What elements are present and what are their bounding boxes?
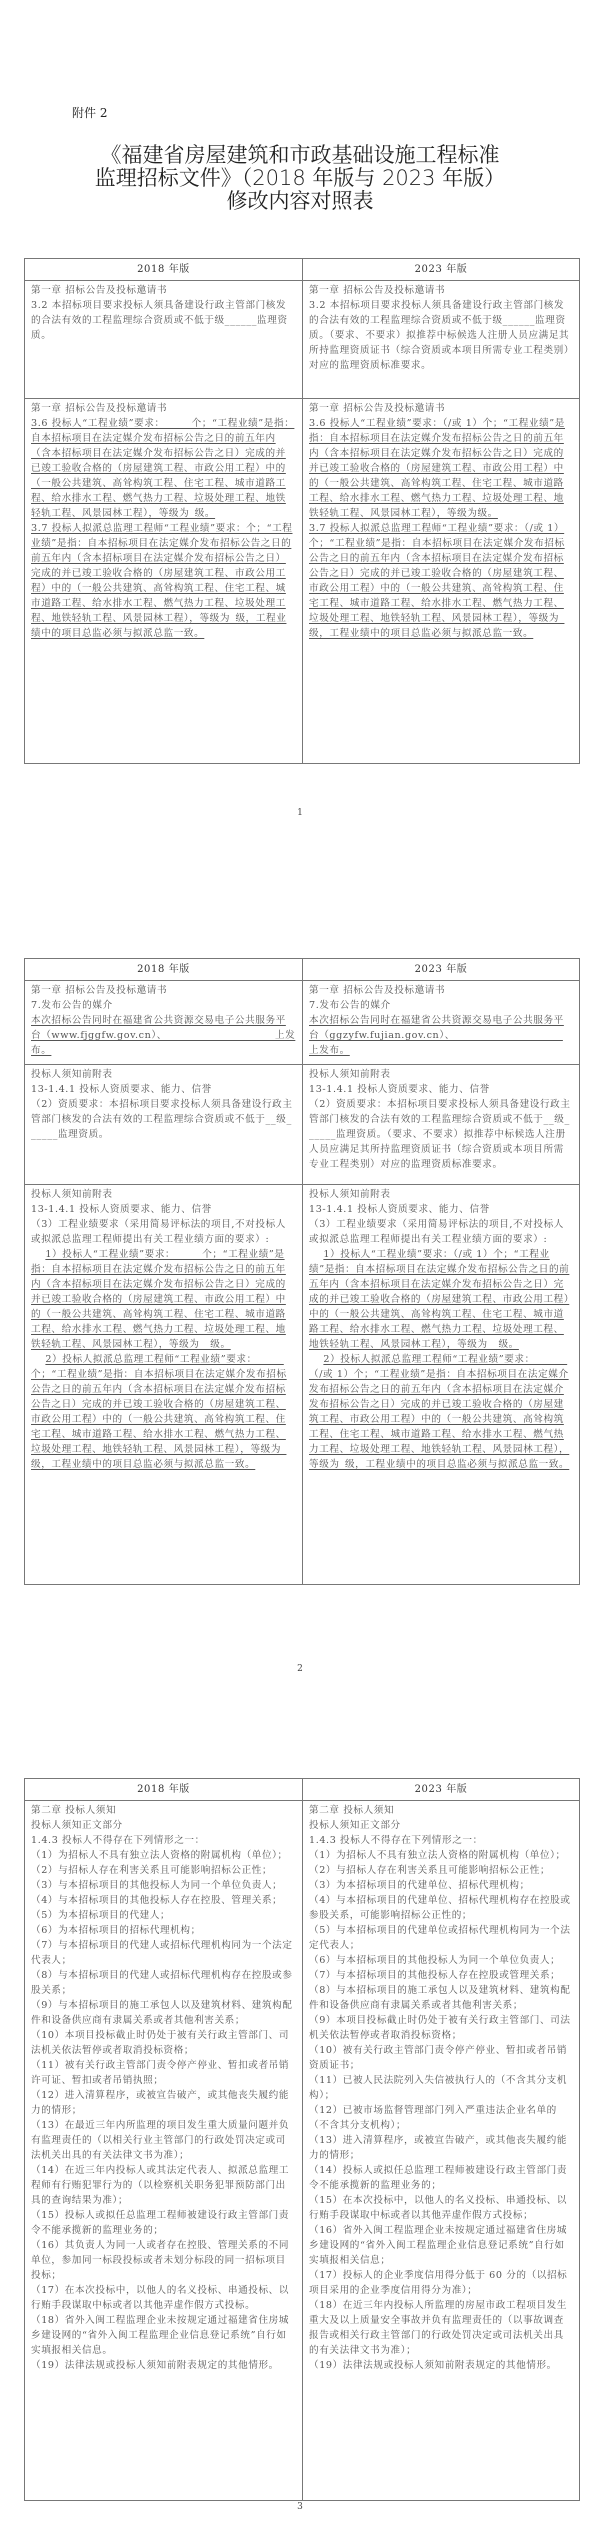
cell-2018: 第一章 招标公告及投标邀请书 3.2 本招标项目要求投标人须具备建设行政主管部门… [25,281,303,399]
list-item: （15）投标人或拟任总监理工程师被建设行政主管部门责令不能承揽新的监理业务的； [31,2208,296,2238]
section-heading: 第一章 招标公告及投标邀请书 [31,283,296,298]
comparison-table-page-1: 2018 年版 2023 年版 第一章 招标公告及投标邀请书 3.2 本招标项目… [24,258,580,764]
section-heading: 第一章 招标公告及投标邀请书 [31,401,296,416]
comparison-table-page-3: 2018 年版 2023 年版 第二章 投标人须知 投标人须知正文部分 1.4.… [24,1778,580,2501]
table-header-row: 2018 年版 2023 年版 [25,259,580,281]
clause-text: 3.2 本招标项目要求投标人须具备建设行政主管部门核发的合法有效的工程监理综合资… [31,298,296,343]
list-item: （13）在最近三年内所监理的项目发生重大质量问题并负有监理责任的（以相关行业主管… [31,2118,296,2163]
list-item: （19）法律法规或投标人须知前附表规定的其他情形。 [309,2358,573,2373]
header-2018: 2018 年版 [25,959,303,981]
page-number: 1 [0,808,600,818]
clause-text: （2）资质要求：本招标项目要求投标人须具备建设行政主管部门核发的合法有效的工程监… [309,1097,573,1172]
table-row: 第一章 招标公告及投标邀请书 3.6 投标人“工程业绩”要求：_____个；“工… [25,399,580,764]
clause-text: 2）投标人拟派总监理工程师“工程业绩”要求：______（/或 1）个；“工程业… [309,1352,573,1472]
clause-text: （2）资质要求：本招标项目要求投标人须具备建设行政主管部门核发的合法有效的工程监… [31,1097,296,1142]
list-item: （10）本项目投标截止时仍处于被有关行政主管部门、司法机关依法暂停或者取消投标资… [31,2028,296,2058]
clause-text: 本次招标公告同时在福建省公共资源交易电子公共服务平台（ggzyfw.fujian… [309,1013,573,1058]
list-item: （14）投标人或拟任总监理工程师被建设行政主管部门责令不能承揽新的监理业务的； [309,2163,573,2193]
clause-title: 13-1.4.1 投标人资质要求、能力、信誉 [31,1082,296,1097]
section-heading: 第一章 招标公告及投标邀请书 [309,401,573,416]
cell-2023: 第二章 投标人须知 投标人须知正文部分 1.4.3 投标人不得存在下列情形之一：… [303,1801,580,2501]
list-item: （19）法律法规或投标人须知前附表规定的其他情形。 [31,2358,296,2373]
clause-title: 7.发布公告的媒介 [309,998,573,1013]
section-heading: 第二章 投标人须知 [31,1803,296,1818]
list-item: （11）被有关行政主管部门责令停产停业、暂扣或者吊销许可证、暂扣或者吊销执照； [31,2058,296,2088]
list-item: （9）本项目投标截止时仍处于被有关行政主管部门、司法机关依法暂停或者取消投标资格… [309,2013,573,2043]
list-item: （5）与本招标项目的代建单位或招标代理机构同为一个法定代表人； [309,1923,573,1953]
cell-2023: 第一章 招标公告及投标邀请书 3.6 投标人“工程业绩”要求：（/或 1）个；“… [303,399,580,764]
clause-text: 2）投标人拟派总监理工程师“工程业绩”要求：_____个；“工程业绩”是指：自本… [31,1352,296,1472]
cell-2023: 投标人须知前附表 13-1.4.1 投标人资质要求、能力、信誉 （2）资质要求：… [303,1065,580,1185]
table-row: 投标人须知前附表 13-1.4.1 投标人资质要求、能力、信誉 （3）工程业绩要… [25,1185,580,1585]
document-title: 《福建省房屋建筑和市政基础设施工程标准 监理招标文件》（2018 年版与 202… [0,144,600,213]
list-item: （13）进入清算程序，或被宣告破产，或其他丧失履约能力的情形； [309,2133,573,2163]
cell-2018: 第一章 招标公告及投标邀请书 7.发布公告的媒介 本次招标公告同时在福建省公共资… [25,981,303,1065]
list-item: （7）与本招标项目的代建人或招标代理机构同为一个法定代表人； [31,1938,296,1968]
cell-2023: 第一章 招标公告及投标邀请书 7.发布公告的媒介 本次招标公告同时在福建省公共资… [303,981,580,1065]
cell-2018: 投标人须知前附表 13-1.4.1 投标人资质要求、能力、信誉 （2）资质要求：… [25,1065,303,1185]
clause-text: 3.6 投标人“工程业绩”要求：（/或 1）个；“工程业绩”是指：自本招标项目在… [309,416,573,521]
list-item: （1）为招标人不具有独立法人资格的附属机构（单位）； [309,1848,573,1863]
list-item: （3）与本招标项目的其他投标人为同一个单位负责人； [31,1878,296,1893]
attachment-label: 附件 2 [72,104,107,121]
clause-text: 1）投标人“工程业绩”要求：（/或 1）个；“工程业绩”是指：自本招标项目在法定… [309,1247,573,1352]
list-item: （7）与本招标项目的其他投标人存在控股或管理关系； [309,1968,573,1983]
list-item: （1）为招标人不具有独立法人资格的附属机构（单位）； [31,1848,296,1863]
table-header-row: 2018 年版 2023 年版 [25,959,580,981]
clause-text: 3.2 本招标项目要求投标人须具备建设行政主管部门核发的合法有效的工程监理综合资… [309,298,573,373]
page-number: 3 [0,2502,600,2512]
section-heading: 第一章 招标公告及投标邀请书 [309,983,573,998]
clause-title: 1.4.3 投标人不得存在下列情形之一： [309,1833,573,1848]
list-item: （4）与本招标项目的其他投标人存在控股、管理关系； [31,1893,296,1908]
clause-title: 7.发布公告的媒介 [31,998,296,1013]
list-item: （15）在本次投标中，以他人的名义投标、串通投标、以行贿手段谋取中标或者以其他弄… [309,2193,573,2223]
section-heading: 投标人须知前附表 [309,1187,573,1202]
section-heading: 投标人须知前附表 [309,1067,573,1082]
clause-text: 3.7 投标人拟派总监理工程师“工程业绩”要求：（/或 1）个；“工程业绩”是指… [309,521,573,641]
section-heading: 投标人须知前附表 [31,1187,296,1202]
list-item: （2）与招标人存在利害关系且可能影响招标公正性； [309,1863,573,1878]
list-item: （8）与本招标项目的代建人或招标代理机构存在控股或参股关系； [31,1968,296,1998]
clause-text: 本次招标公告同时在福建省公共资源交易电子公共服务平台（www.fjggfw.go… [31,1013,296,1058]
section-heading: 第一章 招标公告及投标邀请书 [309,283,573,298]
subsection-heading: 投标人须知正文部分 [309,1818,573,1833]
list-item: （18）在近三年内投标人所监理的房屋市政工程项目发生重大及以上质量安全事故并负有… [309,2298,573,2358]
list-item: （14）在近三年内投标人或其法定代表人、拟派总监理工程师有行贿犯罪行为的（以检察… [31,2163,296,2208]
comparison-table-page-2: 2018 年版 2023 年版 第一章 招标公告及投标邀请书 7.发布公告的媒介… [24,958,580,1585]
list-item: （9）与本招标项目的施工承包人以及建筑材料、建筑构配件和设备供应商有隶属关系或者… [31,1998,296,2028]
list-item: （4）与本招标项目的代建单位、招标代理机构存在控股或参股关系，可能影响招标公正性… [309,1893,573,1923]
section-heading: 第二章 投标人须知 [309,1803,573,1818]
cell-2018: 第二章 投标人须知 投标人须知正文部分 1.4.3 投标人不得存在下列情形之一：… [25,1801,303,2501]
list-item: （12）进入清算程序，或被宣告破产，或其他丧失履约能力的情形； [31,2088,296,2118]
list-item: （2）与招标人存在利害关系且可能影响招标公正性； [31,1863,296,1878]
clause-text: 3.6 投标人“工程业绩”要求：_____个；“工程业绩”是指：自本招标项目在法… [31,416,296,521]
cell-2023: 投标人须知前附表 13-1.4.1 投标人资质要求、能力、信誉 （3）工程业绩要… [303,1185,580,1585]
section-heading: 投标人须知前附表 [31,1067,296,1082]
clause-title: 13-1.4.1 投标人资质要求、能力、信誉 [309,1082,573,1097]
table-header-row: 2018 年版 2023 年版 [25,1779,580,1801]
list-item: （12）已被市场监督管理部门列入严重违法企业名单的（不含其分支机构）； [309,2103,573,2133]
page-number: 2 [0,1664,600,1674]
header-2018: 2018 年版 [25,259,303,281]
table-row: 第一章 招标公告及投标邀请书 7.发布公告的媒介 本次招标公告同时在福建省公共资… [25,981,580,1065]
table-row: 第一章 招标公告及投标邀请书 3.2 本招标项目要求投标人须具备建设行政主管部门… [25,281,580,399]
header-2023: 2023 年版 [303,259,580,281]
list-item: （18）省外入闽工程监理企业未按规定通过福建省住房城乡建设网的“省外入闽工程监理… [31,2313,296,2358]
list-item: （6）为本招标项目的招标代理机构； [31,1923,296,1938]
clause-title: 13-1.4.1 投标人资质要求、能力、信誉 [31,1202,296,1217]
subsection-heading: 投标人须知正文部分 [31,1818,296,1833]
title-line-3: 修改内容对照表 [0,190,600,213]
section-heading: 第一章 招标公告及投标邀请书 [31,983,296,998]
title-line-1: 《福建省房屋建筑和市政基础设施工程标准 [0,144,600,167]
clause-title: 13-1.4.1 投标人资质要求、能力、信誉 [309,1202,573,1217]
header-2018: 2018 年版 [25,1779,303,1801]
cell-2018: 投标人须知前附表 13-1.4.1 投标人资质要求、能力、信誉 （3）工程业绩要… [25,1185,303,1585]
list-item: （17）在本次投标中，以他人的名义投标、串通投标、以行贿手段谋取中标或者以其他弄… [31,2283,296,2313]
list-item: （5）为本招标项目的代建人； [31,1908,296,1923]
clause-text: （3）工程业绩要求（采用简易评标法的项目,不对投标人或拟派总监理工程师提出有关工… [309,1217,573,1247]
clause-title: 1.4.3 投标人不得存在下列情形之一： [31,1833,296,1848]
list-item: （16）省外入闽工程监理企业未按规定通过福建省住房城乡建设网的“省外入闽工程监理… [309,2223,573,2268]
cell-2018: 第一章 招标公告及投标邀请书 3.6 投标人“工程业绩”要求：_____个；“工… [25,399,303,764]
list-item: （11）已被人民法院列入失信被执行人的（不含其分支机构）； [309,2073,573,2103]
list-item: （10）被有关行政主管部门责令停产停业、暂扣或者吊销资质证书； [309,2043,573,2073]
header-2023: 2023 年版 [303,959,580,981]
table-row: 第二章 投标人须知 投标人须知正文部分 1.4.3 投标人不得存在下列情形之一：… [25,1801,580,2501]
table-row: 投标人须知前附表 13-1.4.1 投标人资质要求、能力、信誉 （2）资质要求：… [25,1065,580,1185]
cell-2023: 第一章 招标公告及投标邀请书 3.2 本招标项目要求投标人须具备建设行政主管部门… [303,281,580,399]
clause-text: 3.7 投标人拟派总监理工程师“工程业绩”要求：个；“工程业绩”是指：自本招标项… [31,521,296,641]
list-item: （6）与本招标项目的其他投标人为同一个单位负责人； [309,1953,573,1968]
list-item: （3）为本招标项目的代建单位、招标代理机构； [309,1878,573,1893]
title-line-2: 监理招标文件》（2018 年版与 2023 年版） [0,167,600,190]
list-item: （8）与本招标项目的施工承包人以及建筑材料、建筑构配件和设备供应商有隶属关系或者… [309,1983,573,2013]
header-2023: 2023 年版 [303,1779,580,1801]
list-item: （17）投标人的企业季度信用得分低于 60 分的（以招标项目采用的企业季度信用得… [309,2268,573,2298]
list-item: （16）其负责人为同一人或者存在控股、管理关系的不同单位，参加同一标段投标或者未… [31,2238,296,2283]
clause-text: （3）工程业绩要求（采用简易评标法的项目,不对投标人或拟派总监理工程师提出有关工… [31,1217,296,1247]
clause-text: 1）投标人“工程业绩”要求：_____个；“工程业绩”是指：自本招标项目在法定媒… [31,1247,296,1352]
